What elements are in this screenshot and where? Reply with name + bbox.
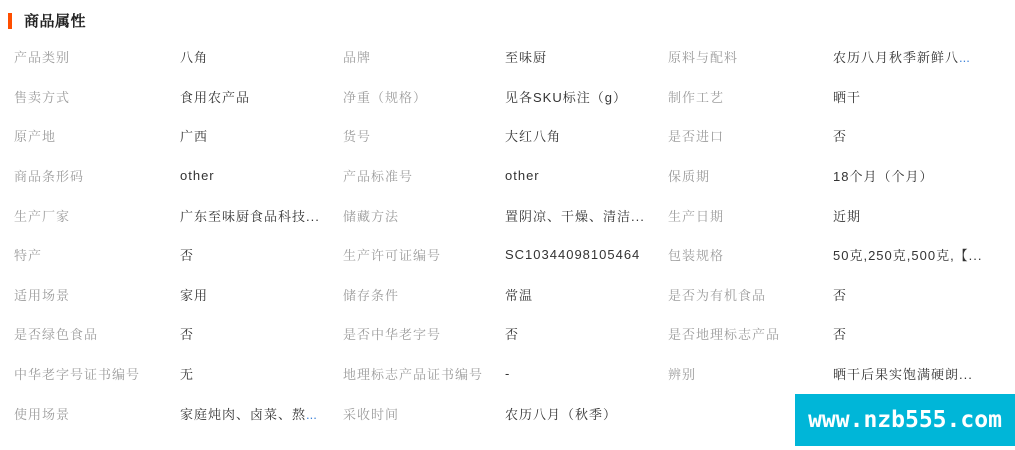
attribute-label: 辨别 [668,364,833,383]
attribute-label: 净重（规格） [343,87,505,106]
attribute-value: 农历八月（秋季） [505,404,668,423]
attribute-label: 包装规格 [668,245,833,264]
watermark: www.nzb555.com [795,394,1015,446]
attribute-label: 适用场景 [14,285,180,304]
attribute-label: 储存条件 [343,285,505,304]
attribute-value: 否 [180,245,343,264]
attribute-label: 品牌 [343,47,505,66]
attributes-grid: 产品类别八角品牌至味厨原料与配料农历八月秋季新鲜八...售卖方式食用农产品净重（… [0,37,1015,433]
attribute-value: 见各SKU标注（g） [505,87,668,106]
attribute-value: 晒干后果实饱满硬朗... [833,364,1015,383]
attribute-value: - [505,366,668,381]
attribute-value: 晒干 [833,87,1015,106]
attribute-value: 家庭炖肉、卤菜、熬... [180,404,343,423]
attribute-value: 常温 [505,285,668,304]
attribute-value: 农历八月秋季新鲜八... [833,47,1015,66]
product-attributes-panel: 商品属性 产品类别八角品牌至味厨原料与配料农历八月秋季新鲜八...售卖方式食用农… [0,0,1015,450]
attribute-value: 否 [180,324,343,343]
section-title: 商品属性 [24,10,86,31]
attribute-value: 否 [505,324,668,343]
attribute-value: 至味厨 [505,47,668,66]
attribute-value: 大红八角 [505,126,668,145]
attribute-value: 无 [180,364,343,383]
attribute-value: 50克,250克,500克,【... [833,245,1015,264]
section-header: 商品属性 [8,10,86,31]
truncation-ellipsis: ... [959,50,970,65]
attribute-label: 保质期 [668,166,833,185]
attribute-value: 家用 [180,285,343,304]
attribute-label: 是否中华老字号 [343,324,505,343]
accent-bar-icon [8,13,12,29]
attribute-label: 生产许可证编号 [343,245,505,264]
attribute-value: 否 [833,324,1015,343]
attribute-value: 近期 [833,206,1015,225]
attribute-label: 售卖方式 [14,87,180,106]
attribute-label: 原料与配料 [668,47,833,66]
attribute-value: 18个月（个月） [833,166,1015,185]
attribute-label: 中华老字号证书编号 [14,364,180,383]
attribute-label: 生产日期 [668,206,833,225]
attribute-value: 否 [833,126,1015,145]
attribute-label: 是否进口 [668,126,833,145]
attribute-value: 否 [833,285,1015,304]
attribute-label: 产品标准号 [343,166,505,185]
attribute-label: 特产 [14,245,180,264]
attribute-value: other [180,168,343,183]
attribute-label: 制作工艺 [668,87,833,106]
attribute-value: 广东至味厨食品科技... [180,206,343,225]
attribute-label: 商品条形码 [14,166,180,185]
attribute-label: 货号 [343,126,505,145]
attribute-value: 食用农产品 [180,87,343,106]
attribute-value: 广西 [180,126,343,145]
attribute-label: 是否地理标志产品 [668,324,833,343]
attribute-value: other [505,168,668,183]
attribute-label: 使用场景 [14,404,180,423]
attribute-label: 产品类别 [14,47,180,66]
truncation-ellipsis: ... [306,407,317,422]
attribute-value: 置阴凉、干燥、清洁... [505,206,668,225]
attribute-label: 地理标志产品证书编号 [343,364,505,383]
attribute-label: 采收时间 [343,404,505,423]
attribute-label: 是否为有机食品 [668,285,833,304]
attribute-label: 储藏方法 [343,206,505,225]
attribute-label: 原产地 [14,126,180,145]
attribute-label: 是否绿色食品 [14,324,180,343]
attribute-label: 生产厂家 [14,206,180,225]
attribute-value: 八角 [180,47,343,66]
attribute-value: SC10344098105464 [505,247,668,262]
